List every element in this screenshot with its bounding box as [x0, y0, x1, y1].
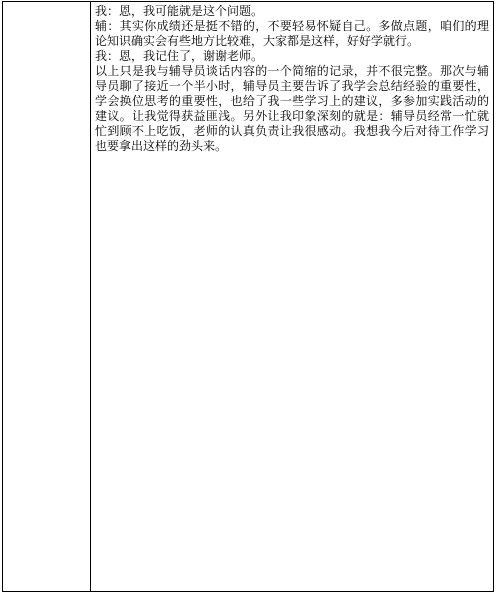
left-label-cell [3, 2, 91, 592]
table-row: 我：恩，我可能就是这个问题。 辅：其实你成绩还是挺不错的，不要轻易怀疑自己。多做… [3, 2, 494, 592]
content-text: 我：恩，我可能就是这个问题。 辅：其实你成绩还是挺不错的，不要轻易怀疑自己。多做… [91, 2, 493, 154]
dialogue-line-counselor: 辅：其实你成绩还是挺不错的，不要轻易怀疑自己。多做点题，咱们的理论知识确实会有些… [95, 19, 489, 49]
document-table: 我：恩，我可能就是这个问题。 辅：其实你成绩还是挺不错的，不要轻易怀疑自己。多做… [2, 1, 494, 592]
content-cell: 我：恩，我可能就是这个问题。 辅：其实你成绩还是挺不错的，不要轻易怀疑自己。多做… [91, 2, 494, 592]
dialogue-line-student-1: 我：恩，我可能就是这个问题。 [95, 4, 489, 19]
summary-paragraph: 以上只是我与辅导员谈话内容的一个简缩的记录，并不很完整。那次与辅导员聊了接近一个… [95, 64, 489, 154]
dialogue-line-student-2: 我：恩，我记住了，谢谢老师。 [95, 49, 489, 64]
left-cell-text [3, 2, 90, 4]
